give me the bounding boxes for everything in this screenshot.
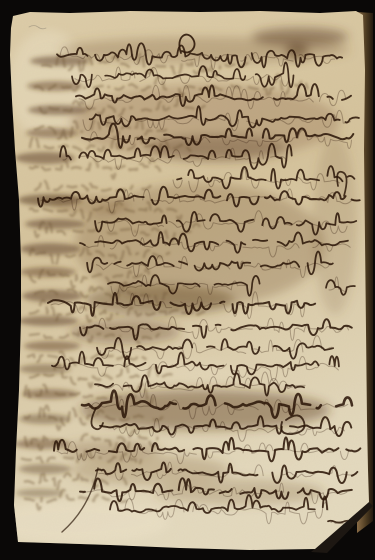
manuscript-photo: [0, 0, 375, 560]
paper-grain-texture: [0, 0, 375, 560]
photograph-background: Photograph of an aged 17th/18th-century …: [0, 0, 375, 560]
